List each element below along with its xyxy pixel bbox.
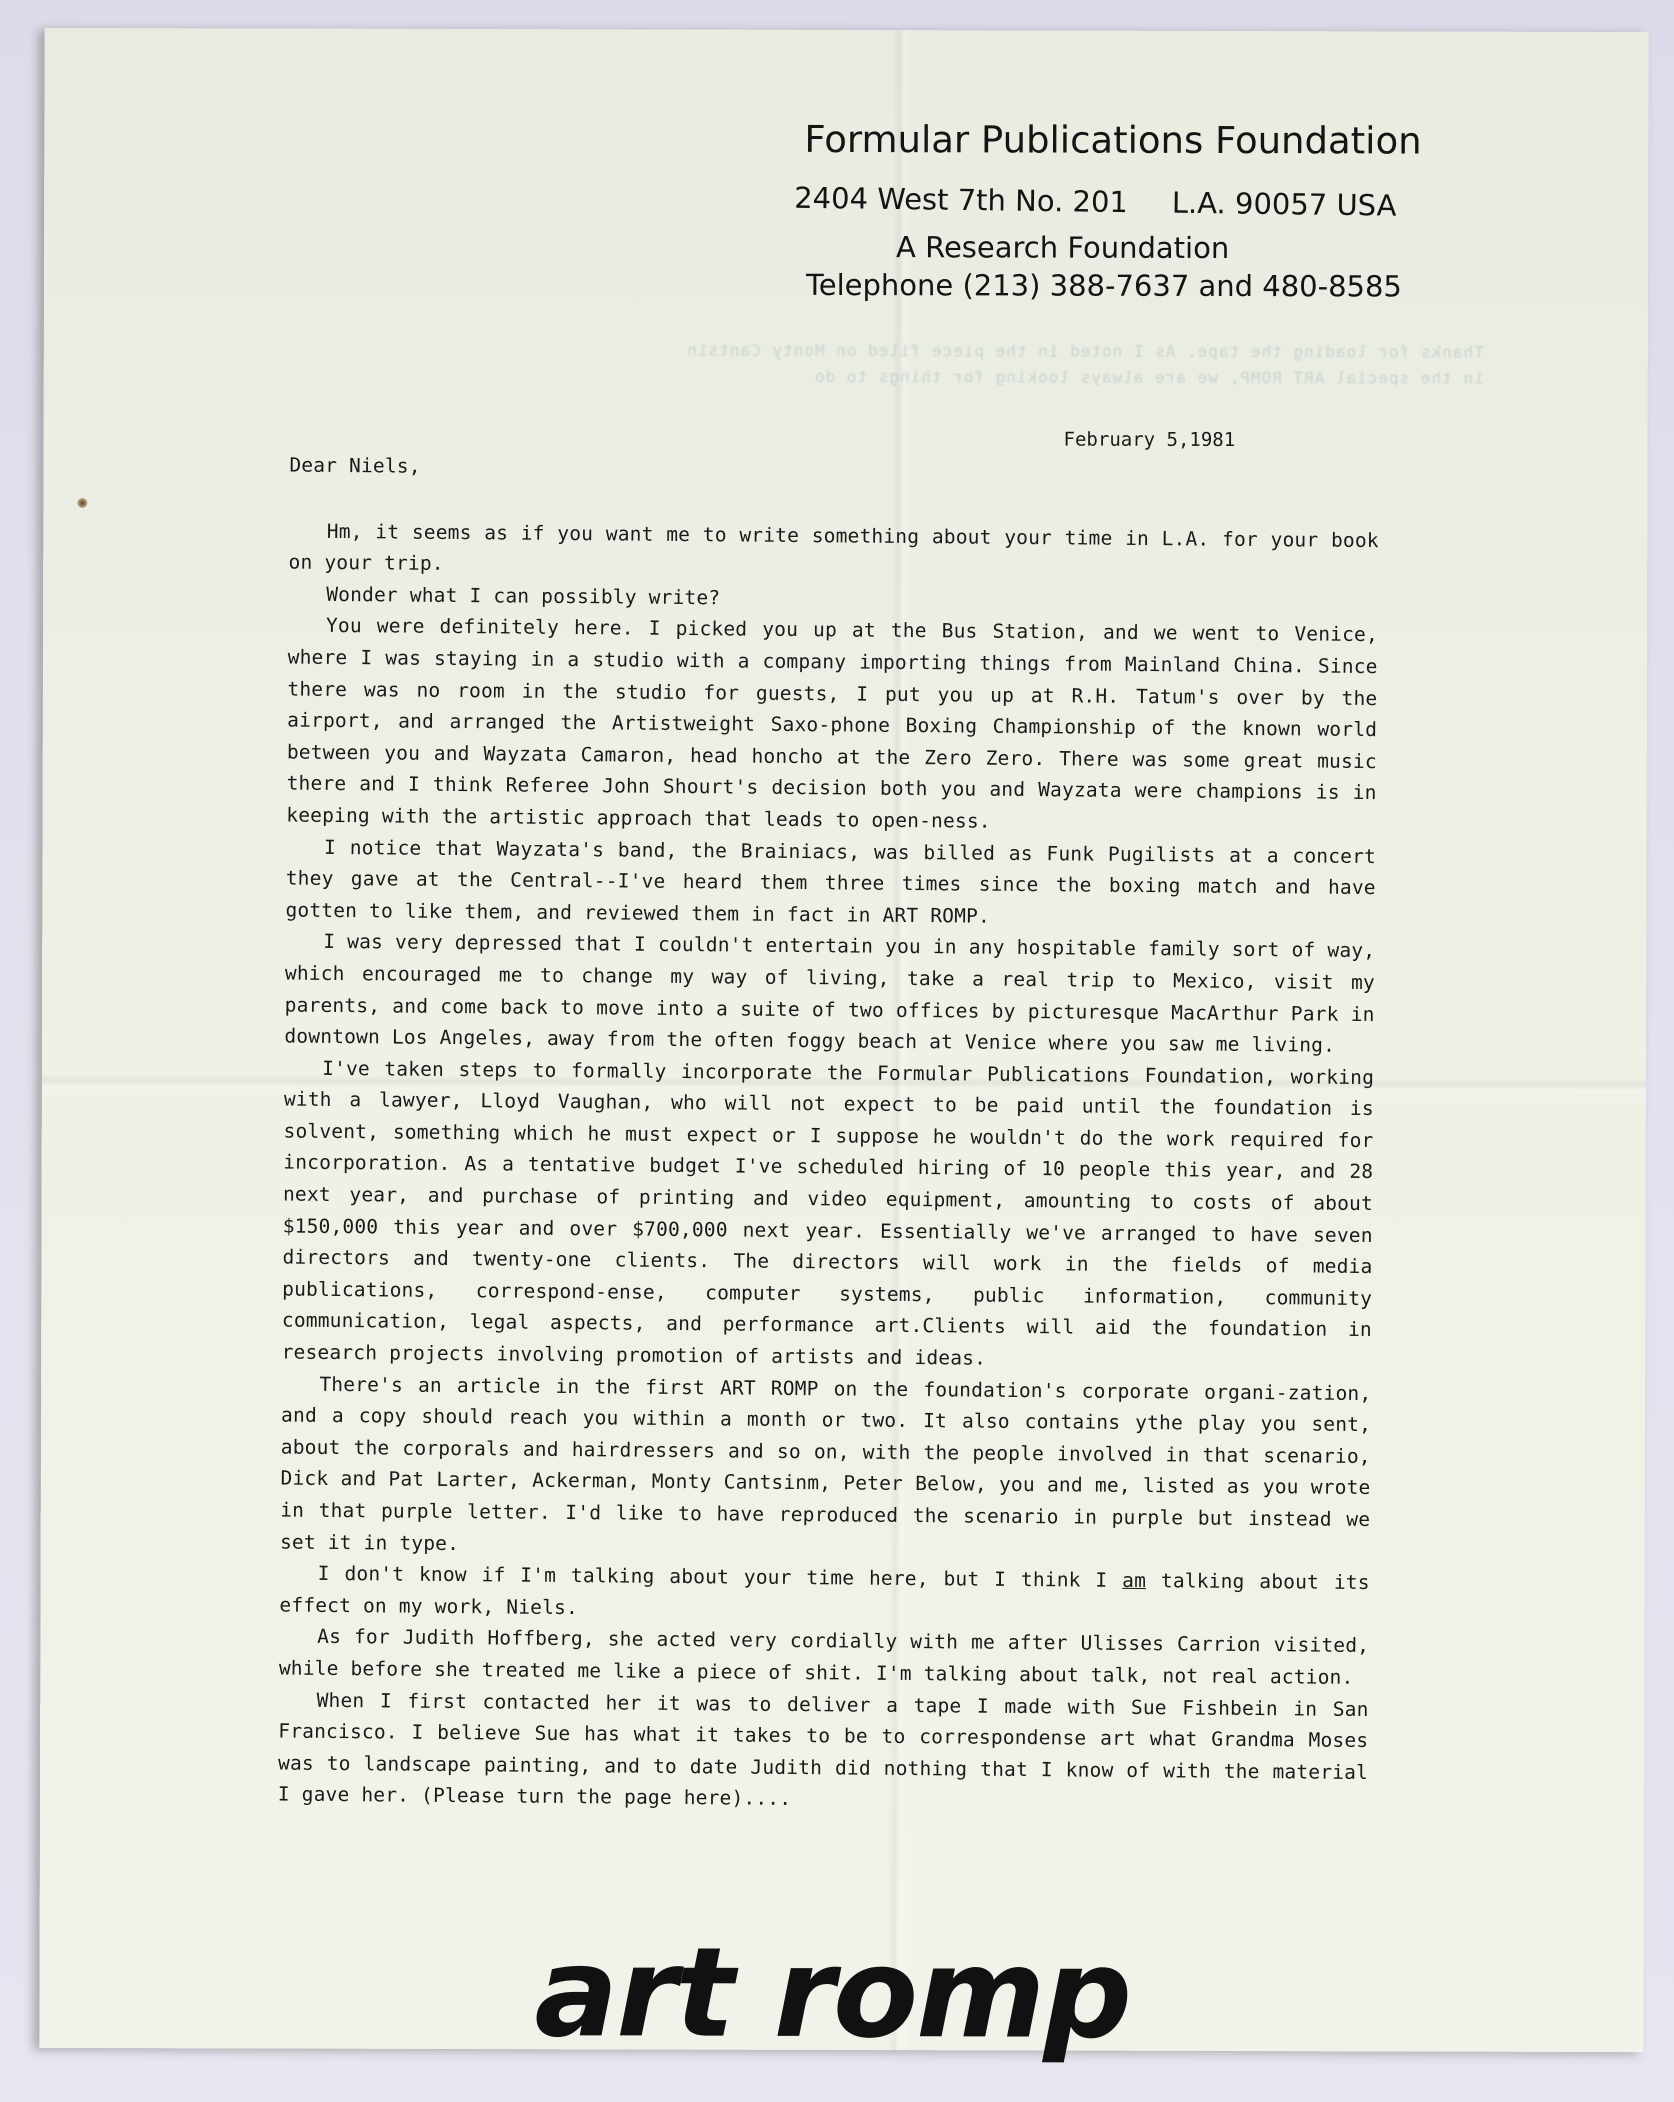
letterhead-city: L.A. 90057 USA — [1172, 186, 1397, 223]
letterhead-telephone: Telephone (213) 388-7637 and 480-8585 — [806, 268, 1402, 304]
paragraph: There's an article in the first ART ROMP… — [280, 1368, 1372, 1567]
paragraph: As for Judith Hoffberg, she acted very c… — [279, 1621, 1370, 1694]
paper-stain — [77, 498, 87, 508]
letterhead-address: 2404 West 7th No. 201L.A. 90057 USA — [794, 181, 1397, 223]
paragraph-with-underline: I don't know if I'm talking about your t… — [279, 1558, 1370, 1631]
underlined-word: am — [1122, 1569, 1146, 1592]
salutation: Dear Niels, — [289, 450, 1379, 491]
show-through-line: in the special ART ROMP, we are always l… — [444, 363, 1484, 392]
letterhead: Formular Publications Foundation 2404 We… — [784, 118, 1544, 120]
letter-date: February 5,1981 — [1064, 429, 1236, 451]
art-romp-logo: art romp — [534, 1931, 1130, 2057]
paragraph: I was very depressed that I couldn't ent… — [284, 926, 1375, 1062]
paragraph: Hm, it seems as if you want me to write … — [288, 515, 1379, 588]
paragraph: I've taken steps to formally incorporate… — [282, 1052, 1375, 1377]
show-through-line: Thanks for loading the tape. As I noted … — [444, 337, 1484, 366]
letterhead-tagline: A Research Foundation — [896, 230, 1229, 265]
letterhead-organization: Formular Publications Foundation — [804, 118, 1421, 163]
paragraph: When I first contacted her it was to del… — [278, 1684, 1369, 1820]
show-through-text: Thanks for loading the tape. As I noted … — [444, 337, 1484, 392]
letterhead-street: 2404 West 7th No. 201 — [794, 181, 1128, 219]
letter-body: Dear Niels, Hm, it seems as if you want … — [278, 450, 1380, 1820]
paragraph: I notice that Wayzata's band, the Braini… — [285, 831, 1376, 935]
paragraph: You were definitely here. I picked you u… — [286, 610, 1378, 841]
letter-sheet: Formular Publications Foundation 2404 We… — [39, 28, 1648, 2052]
